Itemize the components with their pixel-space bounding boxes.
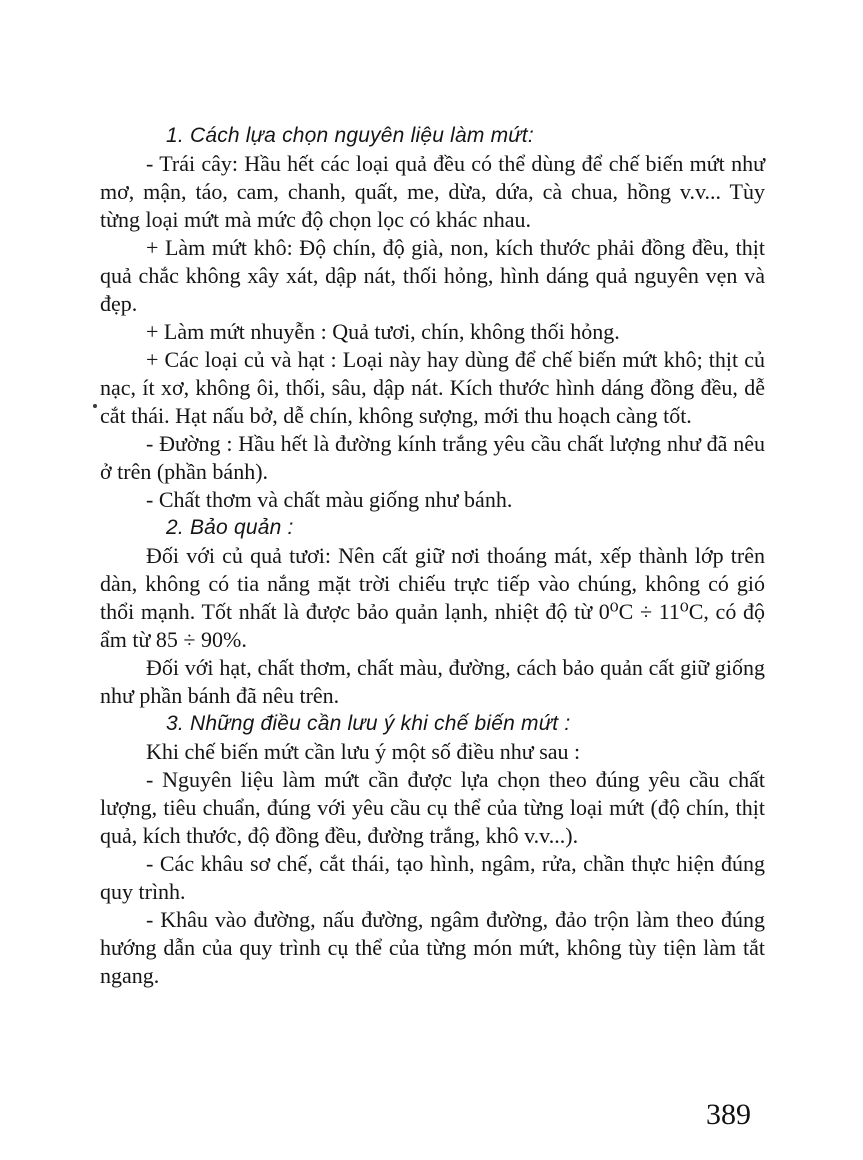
paragraph-storing-fresh: Đối với củ quả tươi: Nên cất giữ nơi tho…	[100, 542, 765, 654]
paragraph-note-sugar-steps: - Khâu vào đường, nấu đường, ngâm đường,…	[100, 906, 765, 990]
paragraph-note-ingredients: - Nguyên liệu làm mứt cần được lựa chọn …	[100, 766, 765, 850]
paragraph-tubers-and-seeds: + Các loại củ và hạt : Loại này hay dùng…	[100, 346, 765, 430]
paragraph-flavor-and-color: - Chất thơm và chất màu giống như bánh.	[100, 486, 765, 514]
book-page: 1. Cách lựa chọn nguyên liệu làm mứt: - …	[0, 0, 863, 1160]
text-block: 1. Cách lựa chọn nguyên liệu làm mứt: - …	[100, 122, 765, 990]
paragraph-notes-intro: Khi chế biến mứt cần lưu ý một số điều n…	[100, 738, 765, 766]
section-1-heading: 1. Cách lựa chọn nguyên liệu làm mứt:	[100, 122, 765, 150]
paragraph-dry-candy: + Làm mứt khô: Độ chín, độ già, non, kíc…	[100, 234, 765, 318]
section-2-heading: 2. Bảo quản :	[100, 514, 765, 542]
page-number: 389	[706, 1098, 751, 1132]
paragraph-fruit-selection: - Trái cây: Hầu hết các loại quả đều có …	[100, 150, 765, 234]
scan-artifact-dot	[93, 404, 97, 408]
paragraph-pureed-candy: + Làm mứt nhuyễn : Quả tươi, chín, không…	[100, 318, 765, 346]
section-3-heading: 3. Những điều cần lưu ý khi chế biến mứt…	[100, 710, 765, 738]
paragraph-sugar: - Đường : Hầu hết là đường kính trắng yê…	[100, 430, 765, 486]
paragraph-note-prep-steps: - Các khâu sơ chế, cắt thái, tạo hình, n…	[100, 850, 765, 906]
paragraph-storing-others: Đối với hạt, chất thơm, chất màu, đường,…	[100, 654, 765, 710]
